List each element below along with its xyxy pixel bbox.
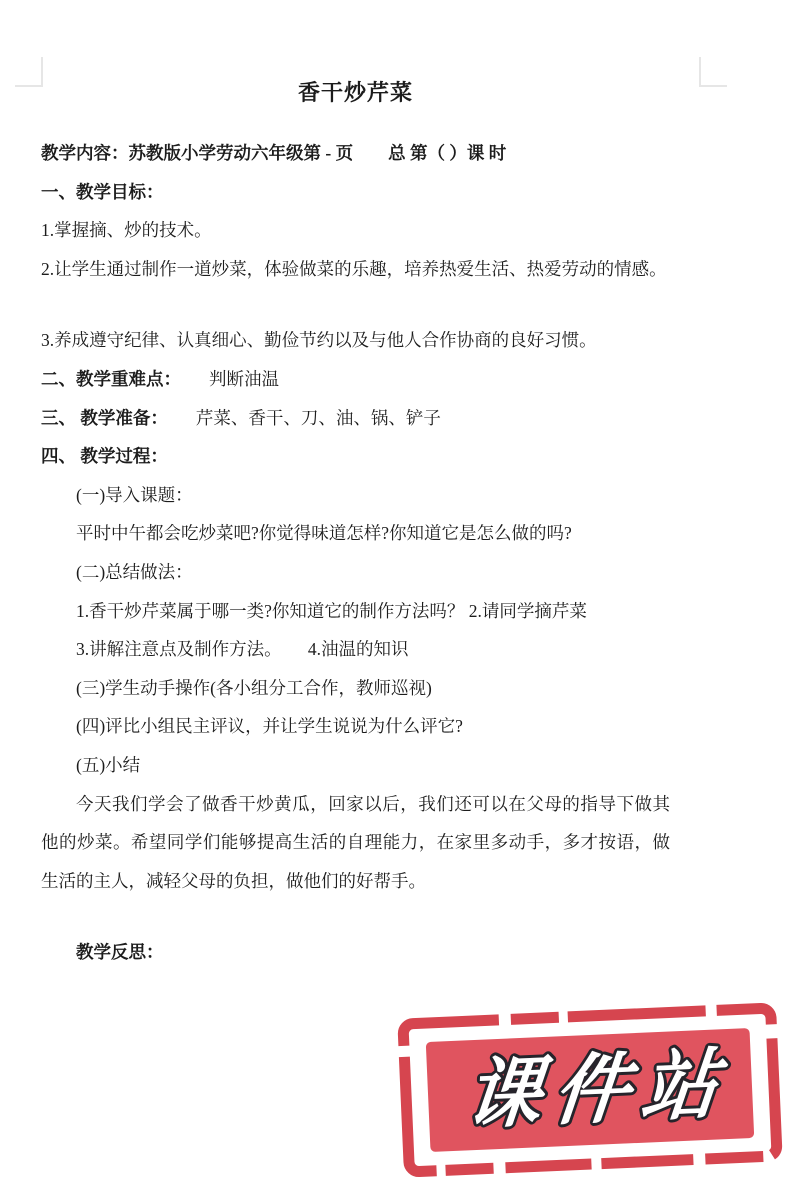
document-body: 香干炒芹菜 教学内容：苏教版小学劳动六年级第 - 页 总 第（ ）课 时一、教学… [41,78,670,972]
doc-line: 四、 教学过程： [41,437,670,476]
doc-line: 教学内容：苏教版小学劳动六年级第 - 页 总 第（ ）课 时 [41,134,670,173]
doc-line: 2.让学生通过制作一道炒菜，体验做菜的乐趣，培养热爱生活、热爱劳动的情感。 [41,250,670,289]
stamp-text: 课件站 [462,1042,734,1139]
doc-line: (五)小结 [41,746,670,785]
doc-line: 教学反思： [41,933,670,972]
page-title: 香干炒芹菜 [41,78,670,108]
doc-line-value: 判断油温 [209,369,279,389]
doc-line: 二、教学重难点：判断油温 [41,360,670,399]
doc-line: 平时中午都会吃炒菜吧?你觉得味道怎样?你知道它是怎么做的吗? [41,514,670,553]
blank-line [41,288,670,321]
doc-line: 今天我们学会了做香干炒黄瓜，回家以后，我们还可以在父母的指导下做其他的炒菜。希望… [41,785,670,901]
doc-line: (二)总结做法： [41,553,670,592]
doc-line: 三、 教学准备：芹菜、香干、刀、油、锅、铲子 [41,399,670,438]
doc-line: (三)学生动手操作(各小组分工合作，教师巡视) [41,669,670,708]
doc-line: 1.掌握摘、炒的技术。 [41,211,670,250]
document-lines: 教学内容：苏教版小学劳动六年级第 - 页 总 第（ ）课 时一、教学目标：1.掌… [41,134,670,972]
doc-line: 3.养成遵守纪律、认真细心、勤俭节约以及与他人合作协商的良好习惯。 [41,321,670,360]
doc-line: 3.讲解注意点及制作方法。 4.油温的知识 [41,630,670,669]
doc-line: 1.香干炒芹菜属于哪一类?你知道它的制作方法吗？ 2.请同学摘芹菜 [41,592,670,631]
doc-line: 一、教学目标： [41,173,670,212]
watermark-stamp: 课件站 [395,1000,786,1181]
doc-line-value: 芹菜、香干、刀、油、锅、铲子 [196,408,441,428]
document-page: { "document": { "title": "香干炒芹菜", "lines… [0,0,800,1200]
doc-line: (四)评比小组民主评议，并让学生说说为什么评它? [41,707,670,746]
doc-line-label: 二、教学重难点： [41,369,181,389]
text-boundary-corner-top-left [15,57,43,87]
blank-line [41,900,670,933]
text-boundary-corner-top-right [699,57,727,87]
doc-line: (一)导入课题： [41,476,670,515]
doc-line-label: 三、 教学准备： [41,408,168,428]
